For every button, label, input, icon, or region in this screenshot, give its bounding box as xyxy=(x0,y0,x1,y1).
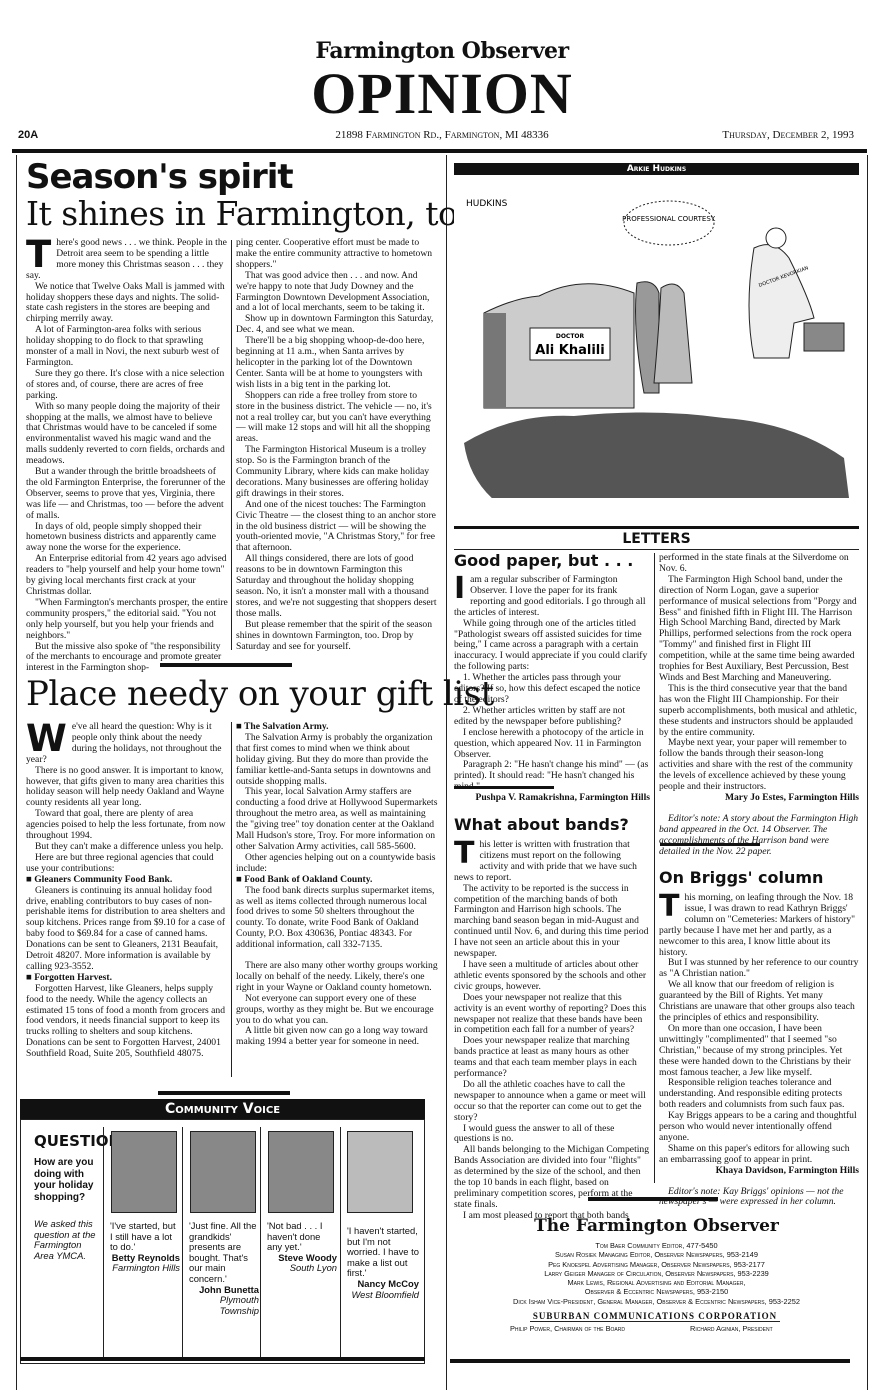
editorial-cartoon: DOCTOR Ali Khalili PROFESSIONAL COURTESY… xyxy=(454,178,859,498)
letter-rule xyxy=(660,843,760,846)
svg-text:Ali Khalili: Ali Khalili xyxy=(535,343,604,358)
president-line: Richard Aginian, President xyxy=(690,1324,773,1333)
staff-box-nameplate: The Farmington Observer xyxy=(454,1216,859,1236)
photo-nancy-mccoy xyxy=(347,1131,413,1213)
drop-cap: T xyxy=(454,841,474,867)
chairman-line: Philip Power, Chairman of the Board xyxy=(510,1324,625,1333)
staff-list: Tom Baer Community Editor, 477-5450 Susa… xyxy=(454,1241,859,1306)
letter-3-headline: On Briggs' column xyxy=(659,868,823,888)
editorial-2-column-1: W e've all heard the question: Why is it… xyxy=(26,722,228,1060)
section-rule xyxy=(158,1091,290,1095)
bottom-rule-left xyxy=(20,1357,425,1361)
response-4: 'I haven't started, but I'm not worried.… xyxy=(347,1226,419,1300)
cv-divider xyxy=(103,1127,104,1357)
letters-column-rule xyxy=(654,553,655,1183)
letter-signature: Khaya Davidson, Farmington Hills xyxy=(659,1166,859,1177)
section-title: OPINION xyxy=(0,62,884,126)
column-rule xyxy=(231,240,232,650)
letter-1-body: I am a regular subscriber of Farmington … xyxy=(454,575,650,804)
response-1: 'I've started, but I still have a lot to… xyxy=(110,1221,180,1274)
agency-heading: ■ Gleaners Community Food Bank. xyxy=(26,875,228,886)
letter-2-continued: performed in the state finals at the Sil… xyxy=(659,553,859,857)
photo-steve-woody xyxy=(268,1131,334,1213)
letter-1-headline: Good paper, but . . . xyxy=(454,551,633,571)
masthead-rule xyxy=(12,149,867,153)
agency-heading: ■ Food Bank of Oakland County. xyxy=(236,875,438,886)
drop-cap: T xyxy=(26,239,51,270)
editorial-2-column-2: ■ The Salvation Army. The Salvation Army… xyxy=(236,722,438,1048)
letter-signature: Pushpa V. Ramakrishna, Farmington Hills xyxy=(454,793,650,804)
drop-cap: W xyxy=(26,723,67,754)
response-2: 'Just fine. All the grandkids' presents … xyxy=(189,1221,259,1316)
right-border xyxy=(867,155,868,1390)
cartoon-illustration: DOCTOR Ali Khalili PROFESSIONAL COURTESY… xyxy=(454,178,859,498)
drop-cap: I xyxy=(454,576,465,602)
question-text: How are you doing with your holiday shop… xyxy=(34,1157,99,1203)
letter-rule xyxy=(454,786,554,789)
svg-text:HUDKINS: HUDKINS xyxy=(466,199,508,209)
cv-divider xyxy=(260,1127,261,1357)
section-rule xyxy=(160,663,292,667)
drop-cap: T xyxy=(659,894,679,920)
community-voice-banner: Community Voice xyxy=(20,1099,425,1119)
letters-banner: LETTERS xyxy=(454,531,859,547)
question-context: We asked this question at the Farmington… xyxy=(34,1219,102,1261)
svg-text:DOCTOR: DOCTOR xyxy=(556,333,585,340)
editorial-subhead: It shines in Farmington, too xyxy=(26,196,477,232)
letter-signature: Mary Jo Estes, Farmington Hills xyxy=(659,793,859,804)
dateline: Thursday, December 2, 1993 xyxy=(722,129,854,141)
corporation-name: SUBURBAN COMMUNICATIONS CORPORATION xyxy=(530,1311,780,1322)
letters-rule xyxy=(454,549,859,550)
bottom-rule-right xyxy=(450,1359,850,1363)
editorial-1-column-1: T here's good news . . . we think. Peopl… xyxy=(26,238,228,674)
cartoonist-banner: Arkie Hudkins xyxy=(454,163,859,175)
svg-text:PROFESSIONAL COURTESY.: PROFESSIONAL COURTESY. xyxy=(622,215,716,223)
editor-note: Editor's note: A story about the Farming… xyxy=(659,814,859,858)
letter-3-body: T his morning, on leafing through the No… xyxy=(659,893,859,1208)
section-rule xyxy=(588,1197,718,1201)
left-border xyxy=(16,155,17,1390)
letter-2-body: T his letter is written with frustration… xyxy=(454,840,650,1222)
cv-divider xyxy=(182,1127,183,1357)
editorial-headline: Season's spirit xyxy=(26,158,293,196)
column-rule xyxy=(231,722,232,1077)
photo-betty-reynolds xyxy=(111,1131,177,1213)
cv-divider xyxy=(340,1127,341,1357)
editorial-2-headline: Place needy on your gift list xyxy=(26,676,494,712)
photo-john-bunetta xyxy=(190,1131,256,1213)
letters-top-rule xyxy=(454,526,859,529)
letter-2-headline: What about bands? xyxy=(454,815,629,835)
response-3: 'Not bad . . . I haven't done any yet.' … xyxy=(267,1221,337,1274)
editorial-1-column-2: ping center. Cooperative effort must be … xyxy=(236,238,438,652)
center-divider xyxy=(446,155,447,1390)
